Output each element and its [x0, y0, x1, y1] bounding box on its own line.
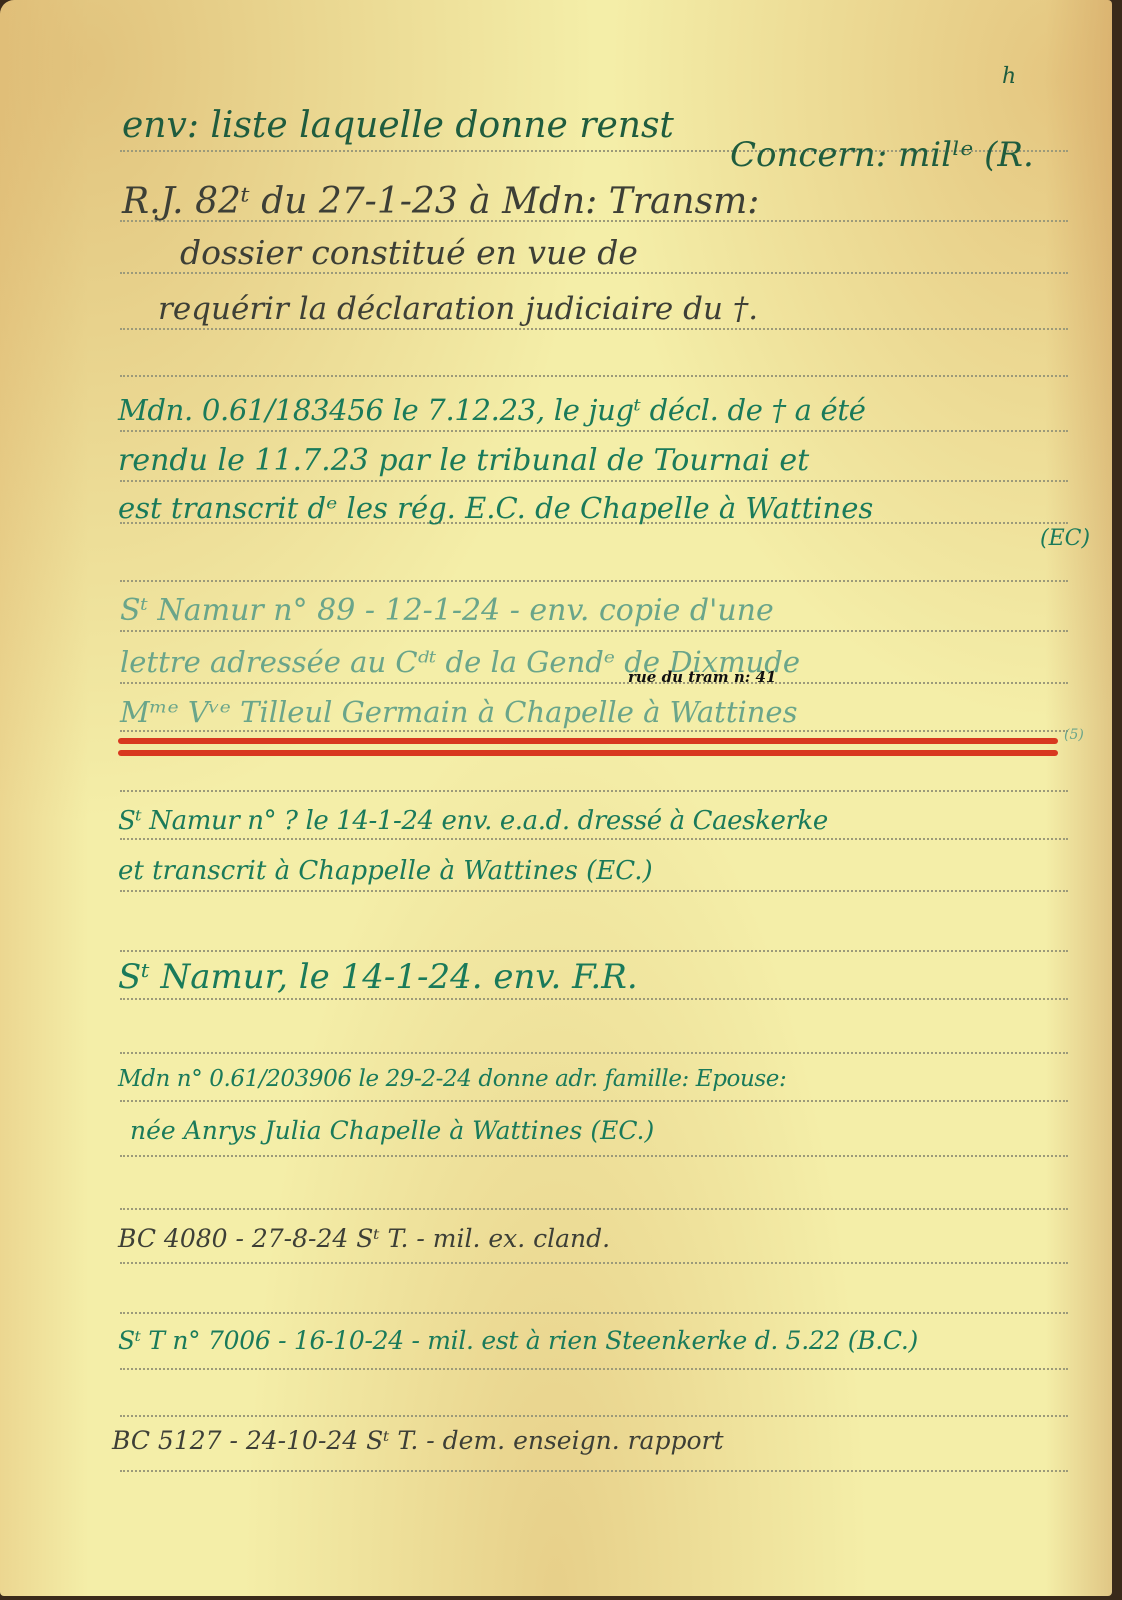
- ruled-line: [120, 1312, 1068, 1314]
- entry-5-line-2: et transcrit à Chappelle à Wattines (EC.…: [118, 858, 653, 884]
- entry-2-line-3: requérir la déclaration judiciaire du †.: [158, 294, 758, 325]
- red-divider-rule: [118, 738, 1058, 744]
- entry-8-line-1: BC 4080 - 27-8-24 Sᵗ T. - mil. ex. cland…: [118, 1226, 610, 1251]
- ruled-line: [120, 1155, 1068, 1157]
- entry-4-insertion: rue du tram n: 41: [628, 670, 776, 685]
- entry-7-line-1: Mdn n° 0.61/203906 le 29-2-24 donne adr.…: [118, 1068, 786, 1091]
- entry-6-line-1: Sᵗ Namur, le 14-1-24. env. F.R.: [118, 960, 638, 994]
- entry-7-line-2: née Anrys Julia Chapelle à Wattines (EC.…: [130, 1118, 654, 1143]
- entry-5-line-1: Sᵗ Namur n° ? le 14-1-24 env. e.a.d. dre…: [118, 808, 828, 834]
- ruled-line: [120, 580, 1068, 582]
- ruled-line: [120, 890, 1068, 892]
- entry-1-line-2: Concern: milˡᵉ (R.: [730, 138, 1034, 172]
- ruled-line: [120, 375, 1068, 377]
- ruled-line: [120, 630, 1068, 632]
- ledger-page: env: liste laquelle donne renst h Concer…: [0, 0, 1112, 1596]
- ruled-line: [120, 998, 1068, 1000]
- ruled-line: [120, 1262, 1068, 1264]
- entry-3-suffix: (EC): [1040, 528, 1090, 550]
- entry-4-line-3: Mᵐᵉ Vᵛᵉ Tilleul Germain à Chapelle à Wat…: [120, 698, 797, 727]
- entry-2-line-2: dossier constitué en vue de: [180, 236, 638, 269]
- entry-4-margin-note: (5): [1064, 728, 1084, 742]
- entry-3-line-1: Mdn. 0.61/183456 le 7.12.23, le jugᵗ déc…: [118, 396, 866, 425]
- entry-1-margin-note: h: [1002, 66, 1016, 88]
- entry-10-line-1: BC 5127 - 24-10-24 Sᵗ T. - dem. enseign.…: [112, 1428, 724, 1453]
- red-divider-rule: [118, 750, 1058, 756]
- ruled-line: [120, 730, 1068, 732]
- entry-3-line-3: est transcrit dᵉ les rég. E.C. de Chapel…: [118, 494, 873, 523]
- entry-2-line-1: R.J. 82ᵗ du 27-1-23 à Mdn: Transm:: [122, 184, 759, 220]
- entry-4-line-1: Sᵗ Namur n° 89 - 12-1-24 - env. copie d'…: [120, 596, 774, 626]
- ruled-line: [120, 480, 1068, 482]
- entry-9-line-1: Sᵗ T n° 7006 - 16-10-24 - mil. est à rie…: [118, 1328, 918, 1353]
- ruled-line: [120, 1470, 1068, 1472]
- ruled-line: [120, 1415, 1068, 1417]
- ruled-line: [120, 1368, 1068, 1370]
- ruled-line: [120, 950, 1068, 952]
- ruled-line: [120, 838, 1068, 840]
- ruled-line: [120, 328, 1068, 330]
- ruled-line: [120, 790, 1068, 792]
- entry-3-line-2: rendu le 11.7.23 par le tribunal de Tour…: [118, 446, 809, 476]
- entry-1-line-1: env: liste laquelle donne renst: [122, 108, 674, 144]
- ruled-line: [120, 1052, 1068, 1054]
- ruled-line: [120, 1100, 1068, 1102]
- ruled-line: [120, 430, 1068, 432]
- ruled-line: [120, 1208, 1068, 1210]
- ruled-line: [120, 682, 1068, 684]
- ruled-line: [120, 272, 1068, 274]
